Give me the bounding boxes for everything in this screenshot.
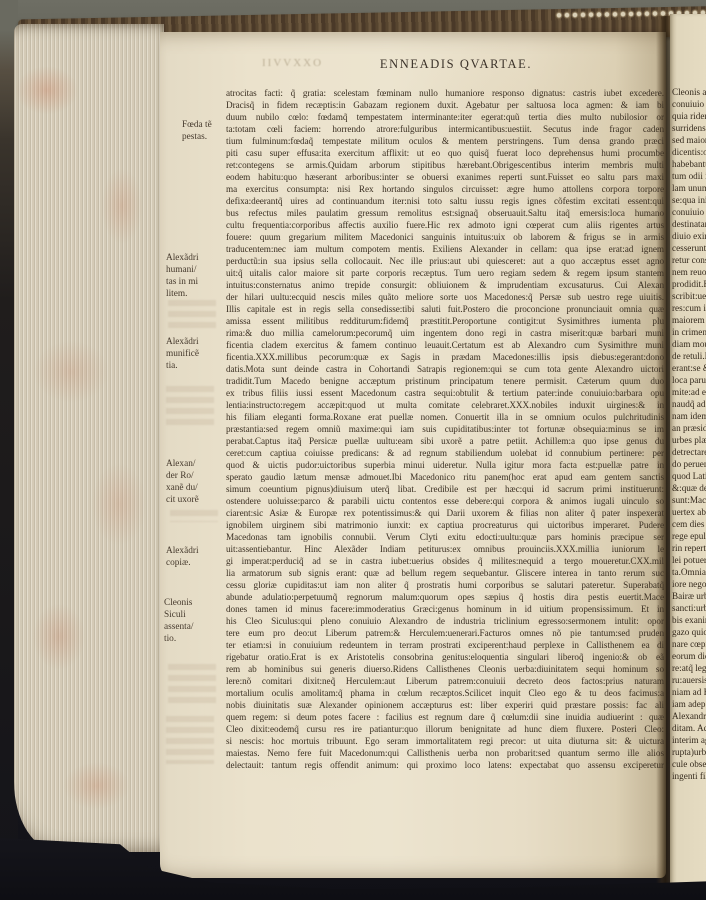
body-text-line: tradidit.Tum Macedo benigne accæptum pri…	[226, 375, 664, 387]
right-page-text-line: sunt:Mace	[672, 494, 706, 506]
body-text-line: ceret:cum captiua coiuisse predicans: & …	[226, 447, 664, 459]
book-photo: IIVVXXO ENNEADIS QVARTAE. Fœda tẽpestas.…	[0, 0, 706, 900]
body-text-line: ficentia.XXX.millibus pecorum:quæ ex Sag…	[226, 351, 664, 363]
margin-note-line: tio.	[164, 633, 224, 645]
right-page-text-line: prodidit.Ec	[672, 278, 706, 290]
right-page-text-line: &:quæ de	[672, 482, 706, 494]
body-text-line: lere:nõ comitari dixit:neq̃ Herculem:aut…	[226, 675, 664, 687]
body-text-line: quod & uictis pudor:uictoribus superbia …	[226, 459, 664, 471]
body-text-column: atrocitas facti: q̃ gratia: scelestam fœ…	[226, 87, 664, 771]
body-text-line: his filiam eleganti forma.Roxane erat pu…	[226, 411, 664, 423]
right-page-text-line: sancti:urbe	[672, 602, 706, 614]
body-text-line: tere eum pro deo:ut Liberum patrem:& Her…	[226, 627, 664, 639]
body-text-line: rigebatur oratio.Erat is ex Aristotelis …	[226, 651, 664, 663]
body-text-line: ret:contegens se armis.Quidam arborum st…	[226, 159, 664, 171]
margin-note-line: der Ro/	[166, 470, 226, 482]
margin-note-cleonis-assentatio: CleonisSiculiassenta/tio.	[164, 597, 224, 645]
body-text-line: his Cleo Siculus:qui pleno conuiuio Alex…	[226, 615, 664, 627]
right-page-text-line: scribit:uelut	[672, 290, 706, 302]
body-text-line: defixa:deerantq̃ uires ad continuandum i…	[226, 195, 664, 207]
body-text-line: Illis capitale est in regis sella consed…	[226, 303, 664, 315]
body-text-line: perductũ:in sua ipsius sella collocauit.…	[226, 255, 664, 267]
body-text-line: uit:assentiebantur. Hinc Alexãder Indiam…	[226, 543, 664, 555]
right-page-text-line: interim ag	[672, 734, 706, 746]
right-page-text-line: eorum dic	[672, 650, 706, 662]
right-page-text-line: Cleonis adi	[672, 86, 706, 98]
right-page-text-line: Bairæ urbi	[672, 590, 706, 602]
body-text-line: Cleo dixit:eodemq̃ cursu res ire patiant…	[226, 723, 664, 735]
margin-note-line: munificẽ	[166, 348, 226, 360]
right-page-text-line: dicentis:od	[672, 146, 706, 158]
right-page-text-line: lei potueri	[672, 554, 706, 566]
right-page-text-line: rin repertu	[672, 542, 706, 554]
show-through-smudge	[168, 300, 216, 333]
right-page-text-line: ru:auersis F	[672, 674, 706, 686]
body-text-line: der hilari uultu:ecquid nescis miles quã…	[226, 291, 664, 303]
body-text-line: delectauit: tantum regis offendit animum…	[226, 759, 664, 771]
right-page-text-line: uertex abu	[672, 506, 706, 518]
right-page-text-line: ditam. Ac	[672, 722, 706, 734]
right-page-text-line: sed maiori	[672, 134, 706, 146]
right-page-text-line: an præsidii	[672, 422, 706, 434]
right-page-text-line: re:atq̃ lega	[672, 662, 706, 674]
right-page-text-line: nam idem a	[672, 410, 706, 422]
body-text-line: Dracisq̃ in fidem recæptis:in Gabazam re…	[226, 99, 664, 111]
right-page-text-line: nem reuoca	[672, 266, 706, 278]
right-page-text-line: rupta)urb	[672, 746, 706, 758]
body-text-line: nobis diuinitatis suæ Alexander opinione…	[226, 699, 664, 711]
running-title: ENNEADIS QVARTAE.	[356, 57, 556, 72]
right-page-text-column: Cleonis adiconuiuio uequia rideretsurrid…	[672, 86, 706, 798]
right-page-text-line: loca parum	[672, 374, 706, 386]
body-text-line: Macedonas tam ignobilis connubii. Verum …	[226, 531, 664, 543]
right-page-text-line: mite:ad eos	[672, 386, 706, 398]
margin-note-line: humani/	[166, 264, 226, 276]
right-page-text-line: cesserunt in	[672, 242, 706, 254]
margin-note-line: Alexãdri	[166, 336, 226, 348]
body-text-line: traducentem:nec iam multum compotem ment…	[226, 243, 664, 255]
body-text-line: simum coeuntium pignus)diuisum uterq̃ li…	[226, 483, 664, 495]
body-text-line: ignobilem uirginem sibi matrimonio iunxi…	[226, 519, 664, 531]
body-text-line: lentia:instructo:regem accæpit:quod ut m…	[226, 399, 664, 411]
right-page-text-line: se:qua iniu	[672, 194, 706, 206]
right-page-text-line: iam adep	[672, 698, 706, 710]
body-text-line: rem ab hominibus sui generis diuerso.Rid…	[226, 663, 664, 675]
body-text-line: piti casu super effusa:ita exercitum aff…	[226, 147, 664, 159]
margin-note-line: Cleonis	[164, 597, 224, 609]
right-page-text-line: in crimen d	[672, 326, 706, 338]
right-page-text-line: niam ad F	[672, 686, 706, 698]
margin-note-line: assenta/	[164, 621, 224, 633]
right-page-text-line: erant:se &	[672, 362, 706, 374]
body-text-line: amissa essent militibus redditurum:fidem…	[226, 315, 664, 327]
body-text-line: bus refectus miles paulatim gressum remo…	[226, 207, 664, 219]
right-page-text-line: tum odii int	[672, 170, 706, 182]
body-text-line: ter etiam:si in conuiuium redeuntem in t…	[226, 639, 664, 651]
body-text-line: ma exercitus consumpta: nisi Rex hortand…	[226, 183, 664, 195]
body-text-line: eodem habitu:quo hæserant arboribus:inte…	[226, 171, 664, 183]
show-through-smudge	[168, 664, 216, 708]
margin-note-line: Alexãdri	[166, 252, 226, 264]
margin-note-line: xanẽ du/	[166, 482, 226, 494]
body-text-line: perabat.Captus itaq̃ Persicæ puellæ uult…	[226, 435, 664, 447]
margin-note-line: tia.	[166, 360, 226, 372]
show-through-smudge	[170, 510, 218, 522]
right-page-text-line: urbes plæra	[672, 434, 706, 446]
right-page-text-line: destinatam	[672, 218, 706, 230]
margin-note-alexander-roxane: Alexan/der Ro/xanẽ du/cit uxorẽ	[166, 458, 226, 506]
margin-note-alexandri-humanitas: Alexãdrihumani/tas in militem.	[166, 252, 226, 300]
body-text-line: gi imperat:perduciq̃ ad se in castra iub…	[226, 555, 664, 567]
right-page-text-line: gazo quide	[672, 626, 706, 638]
right-page-text-line: ta.Omnia	[672, 566, 706, 578]
right-page-text-line: Alexandr	[672, 710, 706, 722]
margin-note-line: litem.	[166, 288, 226, 300]
right-page-text-line: retur consili	[672, 254, 706, 266]
body-text-line: si nescis: hoc mortuis tribuunt. Ego ser…	[226, 735, 664, 747]
right-page-text-line: conuiuio fu	[672, 206, 706, 218]
right-page-text-line: quia rideret	[672, 110, 706, 122]
margin-note-alexandri-munificentia: Alexãdrimunificẽtia.	[166, 336, 226, 372]
body-text-line: cessu gloriæ cupiditas:ut iam non aliter…	[226, 579, 664, 591]
right-page-text-line: bis exanim	[672, 614, 706, 626]
right-page-text-line: quod Latin	[672, 470, 706, 482]
right-page-text-line: surridensq̃:	[672, 122, 706, 134]
body-text-line: abunde adulatio:perpetuumq̃ regnorum mal…	[226, 591, 664, 603]
body-text-line: intuitus:consternatus animo trepide cons…	[226, 279, 664, 291]
body-text-line: datis.Mota sunt deinde castra in Cohorta…	[226, 363, 664, 375]
right-page-text-line: ingenti fil	[672, 770, 706, 782]
body-text-line: præstantia:sed regem omniũ maxime:qui ia…	[226, 423, 664, 435]
body-text-line: ta:totam cœli faciem: horrendo atrore:fu…	[226, 123, 664, 135]
body-text-line: tium fulminum:fœdaq̃ tempestate militum …	[226, 135, 664, 147]
right-page-text-line: conuiuio ue	[672, 98, 706, 110]
margin-note-alexandri-copiae: Alexãdricopiæ.	[166, 545, 226, 569]
page-fore-edges	[14, 24, 164, 852]
right-page-text-line: iore negoci	[672, 578, 706, 590]
body-text-line: uit:q̃ uitalis calor maiore sit parte co…	[226, 267, 664, 279]
body-text-line: lia armatorum sub signis erant: quæ ad b…	[226, 567, 664, 579]
right-page-text-line: detrectarem	[672, 446, 706, 458]
body-text-line: ex tribus filiis iussi essent Macedonum …	[226, 387, 664, 399]
right-page-text-line: naudq̃ ad e	[672, 398, 706, 410]
right-page-text-line: diuio exire	[672, 230, 706, 242]
body-text-line: cultu frequentia:corporibus affectis aux…	[226, 219, 664, 231]
body-text-line: duum nubilo cœlo: fœdamq̃ tempestatem in…	[226, 111, 664, 123]
body-text-line: rima:& duo millia camelorum:pecorumq̃ ui…	[226, 327, 664, 339]
margin-note-line: Alexãdri	[166, 545, 226, 557]
body-text-line: dones tamen id minus facere:immoderatius…	[226, 603, 664, 615]
right-page-text-line: do peruenit	[672, 458, 706, 470]
margin-note-line: cit uxorẽ	[166, 494, 226, 506]
right-page-text-line: res:cum in	[672, 302, 706, 314]
margin-note-line: tas in mi	[166, 276, 226, 288]
body-text-line: ficentia cladem exercitus & famem contin…	[226, 339, 664, 351]
show-through-smudge	[166, 386, 214, 430]
right-page-text-line: nare cœpit	[672, 638, 706, 650]
right-page-text-line: cem dies co	[672, 518, 706, 530]
body-text-line: ciarent:sic Asiæ & Europæ rex potentissi…	[226, 507, 664, 519]
right-page-text-line: rege epulas	[672, 530, 706, 542]
body-text-line: mortalium oculis amolitam:q̃ phama in cœ…	[226, 687, 664, 699]
margin-note-line: Alexan/	[166, 458, 226, 470]
folio-number-showthrough: IIVVXXO	[262, 57, 323, 69]
right-page-text-line: cule obses	[672, 758, 706, 770]
body-text-line: fouere: quum gregarium militem Macedonic…	[226, 231, 664, 243]
body-text-line: atrocitas facti: q̃ gratia: scelestam fœ…	[226, 87, 664, 99]
margin-note-line: Siculi	[164, 609, 224, 621]
right-page-text-line: lam unum	[672, 182, 706, 194]
right-page-text-line: maiorem re	[672, 314, 706, 326]
body-text-line: sperato gaudio lætum mensæ admouet.Ibi M…	[226, 471, 664, 483]
right-page-text-line: de retuli.M	[672, 350, 706, 362]
right-page-text-line: diam moui	[672, 338, 706, 350]
body-text-line: maiestas. Nemo fere fuit Macedonum:qui C…	[226, 747, 664, 759]
body-text-line: ostendere uoluisse:parco & parabili uict…	[226, 495, 664, 507]
show-through-smudge	[166, 716, 214, 764]
right-page-text-line: habebantur:	[672, 158, 706, 170]
body-text-line: quem regem: si deum potes facere : facil…	[226, 711, 664, 723]
margin-note-line: copiæ.	[166, 557, 226, 569]
